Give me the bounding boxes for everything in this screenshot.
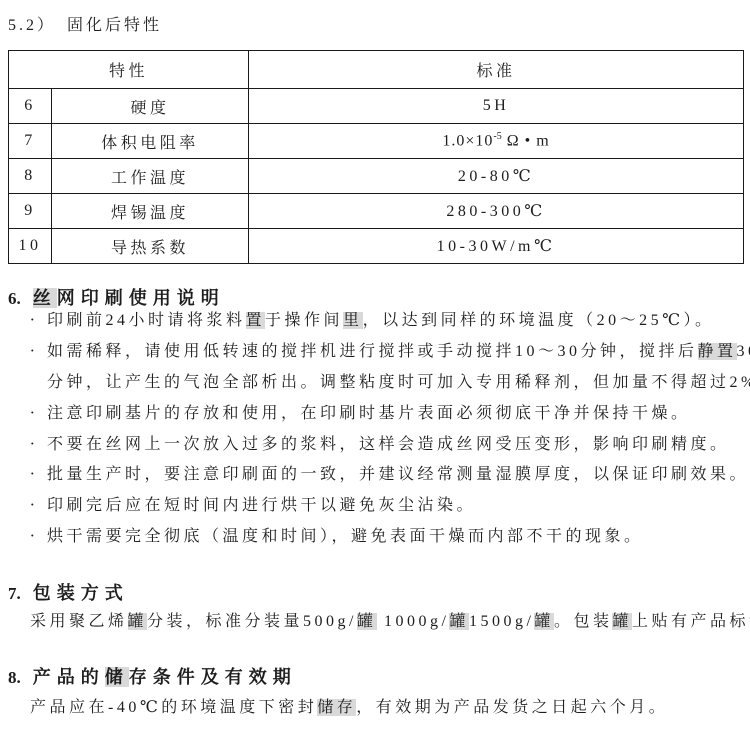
bullet-marker: ．	[30, 520, 45, 541]
bullet-marker: ．	[30, 458, 45, 479]
bullet-item: ．批量生产时，要注意印刷面的一致，并建议经常测量湿膜厚度，以保证印刷效果。	[8, 460, 750, 491]
table-row: 9 焊锡温度 280-300℃	[9, 194, 744, 229]
text-segment: 。包装	[554, 613, 613, 630]
text-segment: 烘干需要完全彻底（温度和时间），避免表面干燥而内部不干的现象。	[47, 528, 644, 545]
section-7-number: 7.	[8, 584, 21, 603]
standard-cell: 1.0×10-5 Ω • m	[249, 124, 744, 159]
text-segment: 罐	[534, 613, 554, 630]
text-segment: 上贴有产品标签。	[632, 613, 750, 630]
characteristic-cell: 工作温度	[52, 159, 249, 194]
section-6-title: 丝网印刷使用说明	[33, 288, 225, 308]
text-segment: 网印刷使用说明	[57, 288, 225, 308]
bullet-line: 如需稀释，请使用低转速的搅拌机进行搅拌或手动搅拌10～30分钟，搅拌后静置30	[47, 337, 750, 368]
bullet-item: ．印刷前24小时请将浆料置于操作间里，以达到同样的环境温度（20～25℃）。	[8, 306, 750, 337]
section-7-heading: 7.包装方式	[8, 579, 129, 605]
text-segment: ，以达到同样的环境温度（20～25℃）。	[363, 312, 715, 329]
text-segment: 罐	[612, 613, 632, 630]
document-page: 5.2） 固化后特性 特性 标准 6 硬度 5H 7 体积电阻率 1.0×10-…	[0, 0, 750, 750]
standard-cell: 280-300℃	[249, 194, 744, 229]
standard-cell: 5H	[249, 89, 744, 124]
text-segment: 1500g/	[469, 613, 534, 630]
row-number: 7	[9, 124, 52, 159]
bullet-line: 烘干需要完全彻底（温度和时间），避免表面干燥而内部不干的现象。	[47, 522, 750, 553]
section-8-heading: 8.产品的储存条件及有效期	[8, 663, 297, 689]
text-segment: 批量生产时，要注意印刷面的一致，并建议经常测量湿膜厚度，以保证印刷效果。	[47, 466, 749, 483]
text-segment: 罐	[449, 613, 469, 630]
table-header-row: 特性 标准	[9, 51, 744, 89]
bullet-line: 分钟，让产生的气泡全部析出。调整粘度时可加入专用稀释剂，但加量不得超过2%。	[47, 368, 750, 399]
bullet-item: ．注意印刷基片的存放和使用，在印刷时基片表面必须彻底干净并保持干燥。	[8, 399, 750, 430]
text-segment: 注意印刷基片的存放和使用，在印刷时基片表面必须彻底干净并保持干燥。	[47, 405, 691, 422]
table-header-standard: 标准	[249, 51, 744, 89]
text-segment: 30	[737, 343, 750, 360]
text-segment: 产品应在-40℃的环境温度下密封	[30, 699, 317, 716]
row-number: 8	[9, 159, 52, 194]
bullet-item: ．如需稀释，请使用低转速的搅拌机进行搅拌或手动搅拌10～30分钟，搅拌后静置30…	[8, 337, 750, 399]
row-number: 6	[9, 89, 52, 124]
bullet-item: ．印刷完后应在短时间内进行烘干以避免灰尘沾染。	[8, 491, 750, 522]
bullet-marker: ．	[30, 335, 45, 356]
cured-properties-table: 特性 标准 6 硬度 5H 7 体积电阻率 1.0×10-5 Ω • m 8 工…	[8, 50, 744, 264]
text-segment: 印刷完后应在短时间内进行烘干以避免灰尘沾染。	[47, 497, 476, 514]
text-segment: 静置	[698, 343, 737, 360]
text-segment: ，有效期为产品发货之日起六个月。	[356, 699, 668, 716]
section-6-bullet-list: ．印刷前24小时请将浆料置于操作间里，以达到同样的环境温度（20～25℃）。．如…	[8, 306, 750, 553]
text-segment: 产品的	[33, 667, 105, 687]
section-7-body: 采用聚乙烯罐分装，标准分装量500g/罐 1000g/罐1500g/罐。包装罐上…	[30, 607, 750, 637]
text-segment: 罐	[357, 613, 377, 630]
bullet-line: 印刷完后应在短时间内进行烘干以避免灰尘沾染。	[47, 491, 750, 522]
bullet-line: 不要在丝网上一次放入过多的浆料，这样会造成丝网受压变形，影响印刷精度。	[47, 430, 750, 461]
resistivity-exponent: -5	[493, 131, 501, 142]
row-number: 9	[9, 194, 52, 229]
text-segment: 1000g/	[377, 613, 450, 630]
text-segment: 分装，标准分装量500g/	[147, 613, 357, 630]
table-row: 10 导热系数 10-30W/m℃	[9, 229, 744, 264]
characteristic-cell: 硬度	[52, 89, 249, 124]
section-8-title: 产品的储存条件及有效期	[33, 667, 297, 687]
text-segment: 分钟，让产生的气泡全部析出。调整粘度时可加入专用稀释剂，但加量不得超过2%。	[47, 374, 750, 391]
row-number: 10	[9, 229, 52, 264]
bullet-marker: ．	[30, 397, 45, 418]
text-segment: 于操作间	[265, 312, 343, 329]
text-segment: 储	[105, 667, 129, 687]
text-segment: 印刷前24小时请将浆料	[47, 312, 246, 329]
standard-cell: 10-30W/m℃	[249, 229, 744, 264]
bullet-line: 批量生产时，要注意印刷面的一致，并建议经常测量湿膜厚度，以保证印刷效果。	[47, 460, 750, 491]
section-5-2-title: 5.2） 固化后特性	[8, 12, 162, 35]
text-segment: 置	[246, 312, 266, 329]
resistivity-base: 1.0×10	[442, 133, 493, 150]
characteristic-cell: 焊锡温度	[52, 194, 249, 229]
bullet-line: 印刷前24小时请将浆料置于操作间里，以达到同样的环境温度（20～25℃）。	[47, 306, 750, 337]
text-segment: 罐	[128, 613, 148, 630]
section-7-title: 包装方式	[33, 583, 129, 603]
bullet-item: ．烘干需要完全彻底（温度和时间），避免表面干燥而内部不干的现象。	[8, 522, 750, 553]
table-row: 8 工作温度 20-80℃	[9, 159, 744, 194]
bullet-marker: ．	[30, 428, 45, 449]
section-8-number: 8.	[8, 668, 21, 687]
bullet-line: 注意印刷基片的存放和使用，在印刷时基片表面必须彻底干净并保持干燥。	[47, 399, 750, 430]
bullet-marker: ．	[30, 304, 45, 325]
text-segment: 不要在丝网上一次放入过多的浆料，这样会造成丝网受压变形，影响印刷精度。	[47, 436, 730, 453]
text-segment: 采用聚乙烯	[30, 613, 128, 630]
text-segment: 存条件及有效期	[129, 667, 297, 687]
table-header-characteristic: 特性	[9, 51, 249, 89]
characteristic-cell: 导热系数	[52, 229, 249, 264]
text-segment: 如需稀释，请使用低转速的搅拌机进行搅拌或手动搅拌10～30分钟，搅拌后	[47, 343, 698, 360]
bullet-marker: ．	[30, 489, 45, 510]
text-segment: 里	[343, 312, 363, 329]
characteristic-cell: 体积电阻率	[52, 124, 249, 159]
section-8-body: 产品应在-40℃的环境温度下密封储存，有效期为产品发货之日起六个月。	[30, 693, 750, 723]
bullet-item: ．不要在丝网上一次放入过多的浆料，这样会造成丝网受压变形，影响印刷精度。	[8, 430, 750, 461]
text-segment: 储存	[317, 699, 356, 716]
table-row: 7 体积电阻率 1.0×10-5 Ω • m	[9, 124, 744, 159]
resistivity-unit: Ω • m	[502, 133, 550, 150]
table-row: 6 硬度 5H	[9, 89, 744, 124]
standard-cell: 20-80℃	[249, 159, 744, 194]
